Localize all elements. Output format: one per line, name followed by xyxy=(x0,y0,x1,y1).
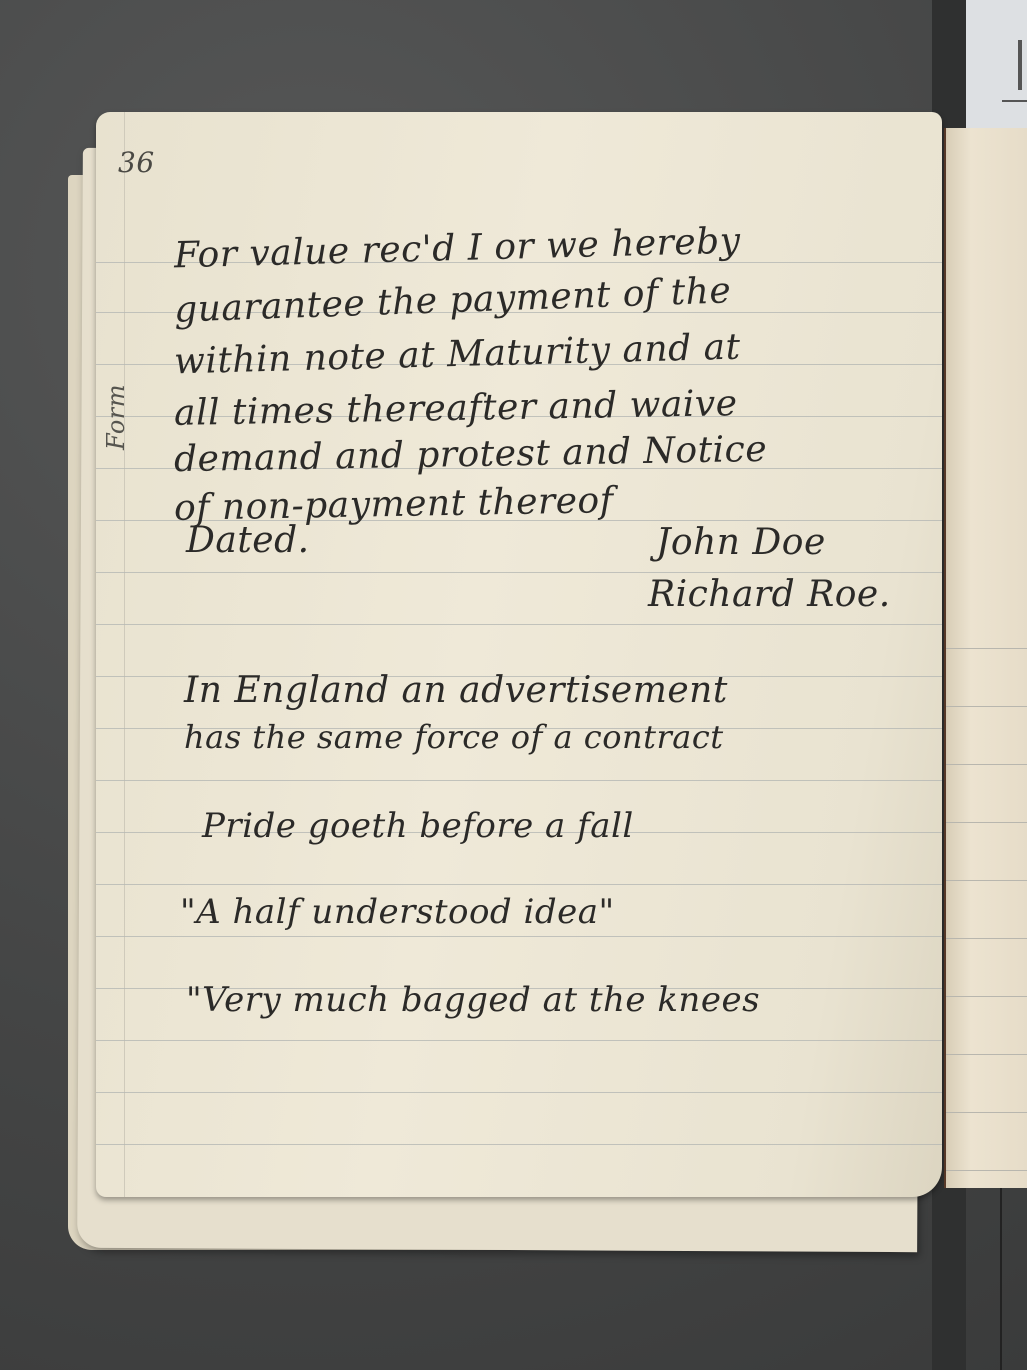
form-line: within note at Maturity and at xyxy=(174,327,741,383)
note-line: "A half understood idea" xyxy=(180,892,615,932)
form-line: guarantee the payment of the xyxy=(173,270,731,330)
note-line: "Very much bagged at the knees xyxy=(186,980,760,1020)
margin-line xyxy=(124,112,125,1197)
card-mark xyxy=(1002,100,1027,102)
margin-note: Form xyxy=(102,384,130,450)
notebook-page: 36 Form For value rec'd I or we hereby g… xyxy=(96,112,942,1197)
note-line: In England an advertisement xyxy=(184,670,728,711)
binder-edge xyxy=(1000,1180,1002,1370)
form-line: demand and protest and Notice xyxy=(174,429,768,480)
form-line: all times thereafter and waive xyxy=(174,383,738,434)
form-dated: Dated. xyxy=(186,520,310,561)
form-line: For value rec'd I or we hereby xyxy=(174,221,741,277)
signature: Richard Roe. xyxy=(648,574,891,615)
card-mark xyxy=(1018,40,1022,90)
signature: John Doe xyxy=(656,522,826,563)
background-card xyxy=(962,0,1027,128)
facing-page xyxy=(944,128,1027,1188)
note-line: Pride goeth before a fall xyxy=(202,806,634,846)
page-number: 36 xyxy=(118,146,155,179)
note-line: has the same force of a contract xyxy=(184,718,724,756)
